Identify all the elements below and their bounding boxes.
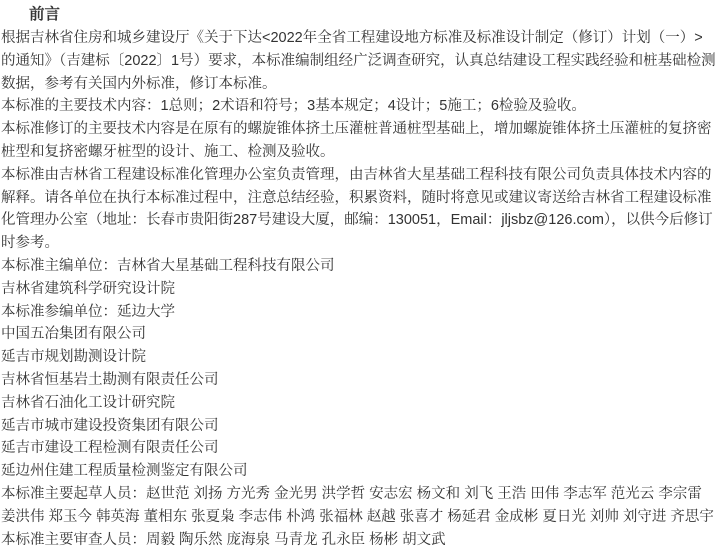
drafters-list: 本标准主要起草人员：赵世范 刘扬 方光秀 金光男 洪学哲 安志宏 杨文和 刘飞 … xyxy=(1,483,717,529)
document-body: 根据吉林省住房和城乡建设厅《关于下达<2022年全省工程建设地方标准及标准设计制… xyxy=(1,27,717,550)
participating-unit-6: 延吉市城市建设投资集团有限公司 xyxy=(1,415,717,438)
participating-unit-8: 延边州住建工程质量检测鉴定有限公司 xyxy=(1,460,717,483)
preface-title: 前言 xyxy=(1,3,717,27)
paragraph-basis: 根据吉林省住房和城乡建设厅《关于下达<2022年全省工程建设地方标准及标准设计制… xyxy=(1,27,717,95)
participating-unit-5: 吉林省石油化工设计研究院 xyxy=(1,392,717,415)
participating-unit-2: 中国五冶集团有限公司 xyxy=(1,323,717,346)
participating-unit-4: 吉林省恒基岩土勘测有限责任公司 xyxy=(1,369,717,392)
paragraph-main-contents: 本标准的主要技术内容：1总则；2术语和符号；3基本规定；4设计；5施工；6检验及… xyxy=(1,95,717,118)
participating-unit-7: 延吉市建设工程检测有限责任公司 xyxy=(1,437,717,460)
document-page: 前言 根据吉林省住房和城乡建设厅《关于下达<2022年全省工程建设地方标准及标准… xyxy=(0,0,718,550)
reviewers-list: 本标准主要审查人员：周毅 陶乐然 庞海泉 马青龙 孔永臣 杨彬 胡文武 xyxy=(1,529,717,550)
paragraph-management-contact: 本标准由吉林省工程建设标准化管理办公室负责管理，由吉林省大星基础工程科技有限公司… xyxy=(1,164,717,255)
participating-unit-1: 本标准参编单位：延边大学 xyxy=(1,301,717,324)
chief-editing-unit: 本标准主编单位：吉林省大星基础工程科技有限公司 xyxy=(1,255,717,278)
participating-unit-3: 延吉市规划勘测设计院 xyxy=(1,346,717,369)
chief-editing-unit-2: 吉林省建筑科学研究设计院 xyxy=(1,278,717,301)
paragraph-revision-contents: 本标准修订的主要技术内容是在原有的螺旋锥体挤土压灌桩普通桩型基础上，增加螺旋锥体… xyxy=(1,118,717,164)
